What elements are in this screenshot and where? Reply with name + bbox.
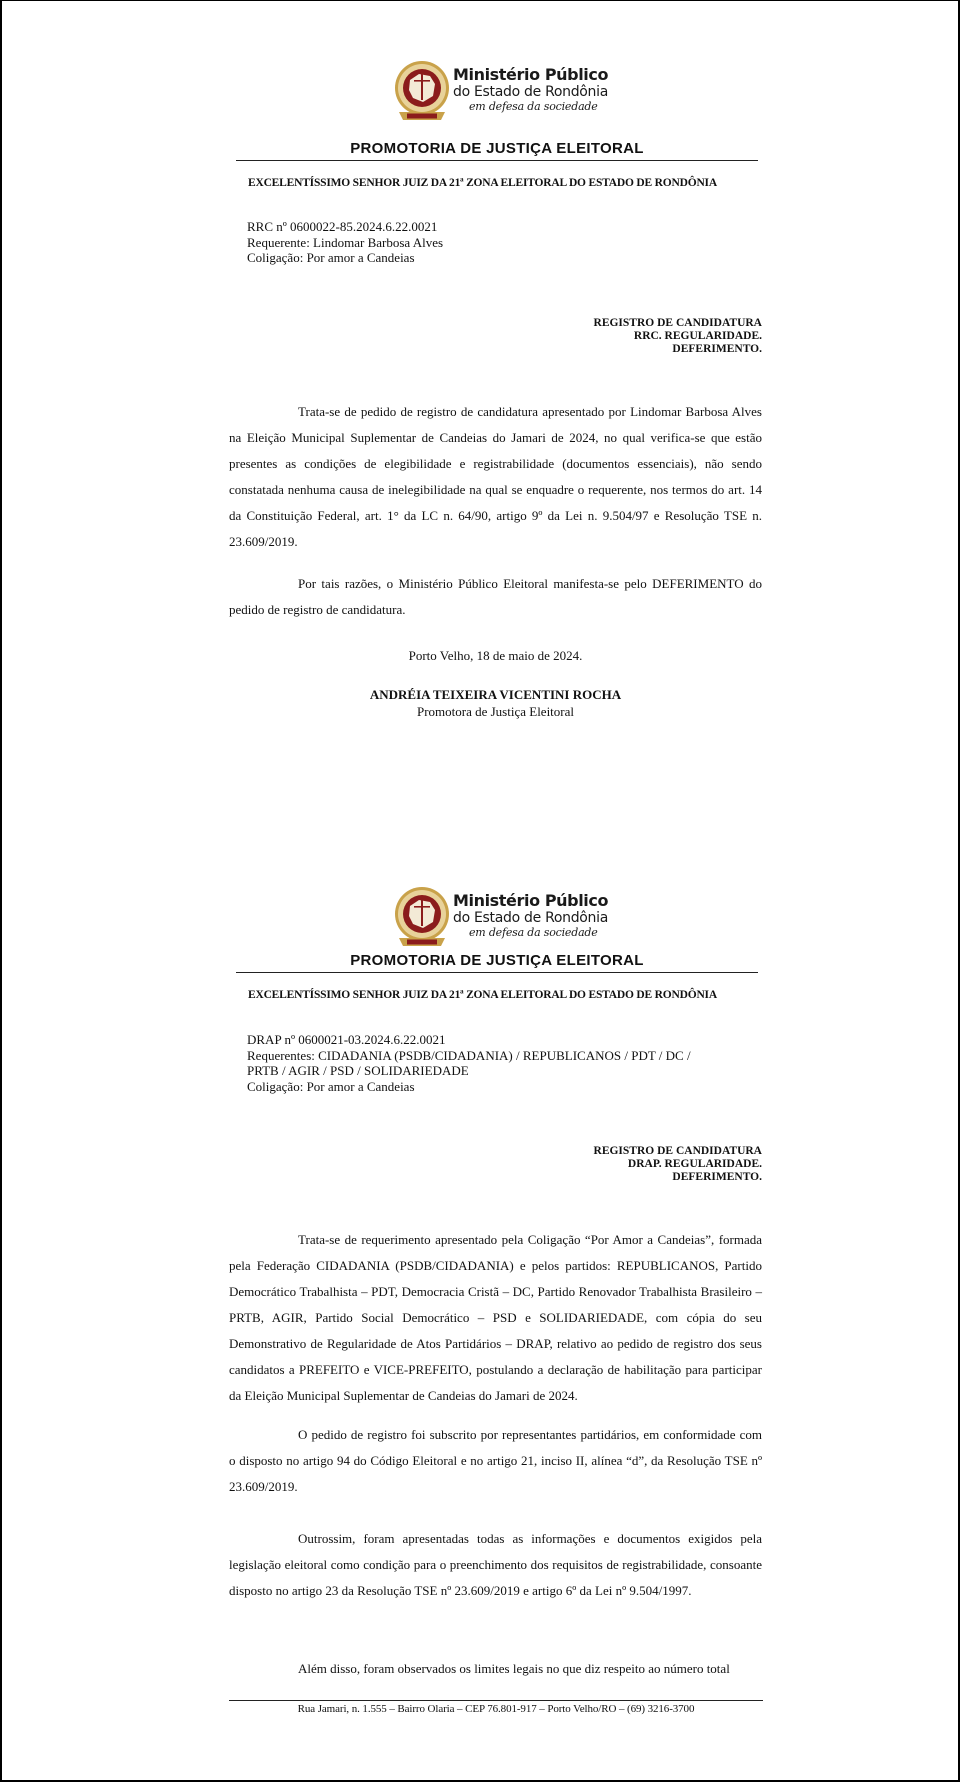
logo-subtitle: do Estado de Rondônia <box>453 910 608 926</box>
case-number: DRAP nº 0600021-03.2024.6.22.0021 <box>247 1032 691 1048</box>
case-meta: DRAP nº 0600021-03.2024.6.22.0021 Requer… <box>247 1032 691 1094</box>
paragraph: Além disso, foram observados os limites … <box>229 1656 762 1682</box>
seal-icon <box>393 884 451 952</box>
addressee: EXCELENTÍSSIMO SENHOR JUIZ DA 21ª ZONA E… <box>248 177 717 189</box>
header-divider <box>236 972 758 973</box>
requesters-cont: PRTB / AGIR / PSD / SOLIDARIEDADE <box>247 1063 691 1079</box>
subject-block: REGISTRO DE CANDIDATURA RRC. REGULARIDAD… <box>594 317 762 356</box>
subject-line: REGISTRO DE CANDIDATURA <box>594 1145 762 1158</box>
place-date: Porto Velho, 18 de maio de 2024. <box>229 648 762 664</box>
logo-motto: em defesa da sociedade <box>469 926 608 940</box>
header-divider <box>236 160 758 161</box>
paragraph: Trata-se de pedido de registro de candid… <box>229 399 762 555</box>
addressee: EXCELENTÍSSIMO SENHOR JUIZ DA 21ª ZONA E… <box>248 989 717 1001</box>
coalition: Coligação: Por amor a Candeias <box>247 250 443 266</box>
case-meta: RRC nº 0600022-85.2024.6.22.0021 Requere… <box>247 219 443 266</box>
seal-icon <box>393 58 451 126</box>
paragraph: O pedido de registro foi subscrito por r… <box>229 1422 762 1500</box>
subject-line: DRAP. REGULARIDADE. <box>594 1158 762 1171</box>
logo-motto: em defesa da sociedade <box>469 100 608 114</box>
mp-logo: Ministério Público do Estado de Rondônia… <box>393 58 613 130</box>
logo-title: Ministério Público <box>453 66 608 84</box>
signatory-role: Promotora de Justiça Eleitoral <box>229 704 762 720</box>
office-header: PROMOTORIA DE JUSTIÇA ELEITORAL <box>236 952 758 969</box>
paragraph: Por tais razões, o Ministério Público El… <box>229 571 762 623</box>
office-header: PROMOTORIA DE JUSTIÇA ELEITORAL <box>236 140 758 157</box>
requesters: Requerentes: CIDADANIA (PSDB/CIDADANIA) … <box>247 1048 691 1064</box>
logo-subtitle: do Estado de Rondônia <box>453 84 608 100</box>
logo-title: Ministério Público <box>453 892 608 910</box>
paragraph: Outrossim, foram apresentadas todas as i… <box>229 1526 762 1604</box>
coalition: Coligação: Por amor a Candeias <box>247 1079 691 1095</box>
subject-block: REGISTRO DE CANDIDATURA DRAP. REGULARIDA… <box>594 1145 762 1184</box>
paragraph: Trata-se de requerimento apresentado pel… <box>229 1227 762 1409</box>
mp-logo: Ministério Público do Estado de Rondônia… <box>393 884 613 956</box>
footer-divider <box>229 1700 763 1701</box>
subject-line: RRC. REGULARIDADE. <box>594 330 762 343</box>
requester: Requerente: Lindomar Barbosa Alves <box>247 235 443 251</box>
case-number: RRC nº 0600022-85.2024.6.22.0021 <box>247 219 443 235</box>
subject-line: REGISTRO DE CANDIDATURA <box>594 317 762 330</box>
footer-address: Rua Jamari, n. 1.555 – Bairro Olaria – C… <box>229 1703 763 1715</box>
signatory-name: ANDRÉIA TEIXEIRA VICENTINI ROCHA <box>229 687 762 703</box>
subject-line: DEFERIMENTO. <box>594 1171 762 1184</box>
subject-line: DEFERIMENTO. <box>594 343 762 356</box>
